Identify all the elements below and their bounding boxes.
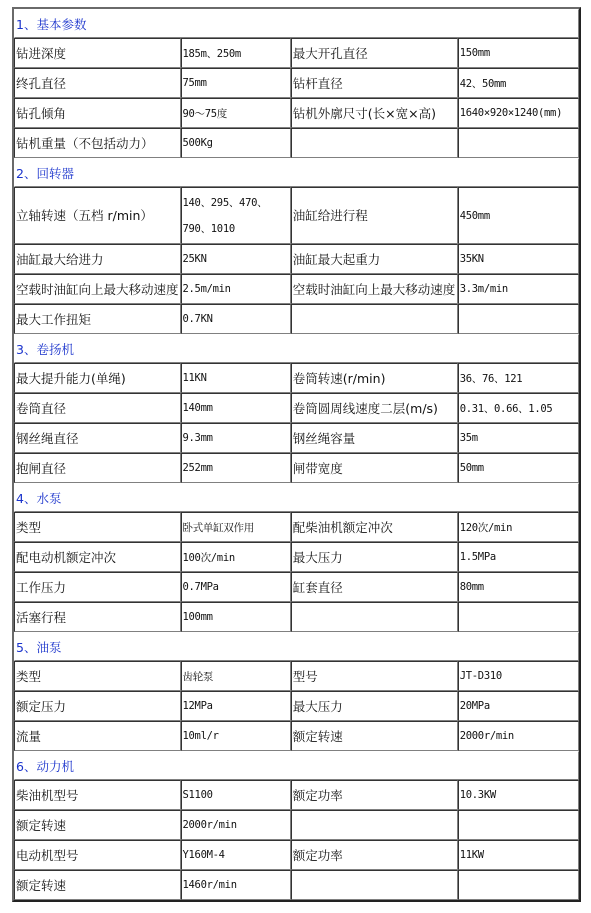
param-label: 终孔直径 [14,68,181,98]
table-row: 空载时油缸向上最大移动速度2.5m/min空载时油缸向上最大移动速度3.3m/m… [14,274,579,304]
param-value: 35m [458,423,579,453]
param-value: 75mm [181,68,291,98]
param-label: 最大开孔直径 [291,38,458,68]
param-value: 25KN [181,244,291,274]
param-value: 252mm [181,453,291,483]
param-label: 油缸最大给进力 [14,244,181,274]
table-row: 钻进深度185m、250m最大开孔直径150mm [14,38,579,68]
param-value [458,810,579,840]
param-value: 3.3m/min [458,274,579,304]
spec-table: 1、基本参数钻进深度185m、250m最大开孔直径150mm终孔直径75mm钻杆… [12,7,581,902]
param-value: S1100 [181,780,291,810]
param-value: 11KW [458,840,579,870]
param-label: 配柴油机额定冲次 [291,512,458,542]
param-value: 42、50mm [458,68,579,98]
param-label: 配电动机额定冲次 [14,542,181,572]
param-value: 1640×920×1240(mm) [458,98,579,128]
table-row: 油缸最大给进力25KN油缸最大起重力35KN [14,244,579,274]
param-value: 20MPa [458,691,579,721]
param-value: 36、76、121 [458,363,579,393]
param-label: 额定压力 [14,691,181,721]
param-value: 80mm [458,572,579,602]
param-value: 140、295、470、790、1010 [181,187,291,244]
param-label [291,304,458,334]
param-value: 100次/min [181,542,291,572]
table-row: 最大工作扭矩0.7KN [14,304,579,334]
param-label: 最大工作扭矩 [14,304,181,334]
param-value: 450mm [458,187,579,244]
param-value: Y160M-4 [181,840,291,870]
table-row: 流量10ml/r额定转速2000r/min [14,721,579,751]
param-label: 钢丝绳容量 [291,423,458,453]
param-value: 10ml/r [181,721,291,751]
param-label: 额定转速 [291,721,458,751]
param-label: 卷筒转速(r/min) [291,363,458,393]
param-label: 闸带宽度 [291,453,458,483]
param-label: 流量 [14,721,181,751]
param-label: 空载时油缸向上最大移动速度 [291,274,458,304]
table-row: 配电动机额定冲次100次/min最大压力1.5MPa [14,542,579,572]
param-value: 9.3mm [181,423,291,453]
param-label: 抱闸直径 [14,453,181,483]
section-title: 1、基本参数 [14,9,579,38]
param-value: 35KN [458,244,579,274]
param-label: 工作压力 [14,572,181,602]
param-label [291,870,458,900]
param-value [458,870,579,900]
section-title: 5、油泵 [14,632,579,661]
section-title: 2、回转器 [14,158,579,187]
table-row: 类型齿轮泵型号JT-D310 [14,661,579,691]
section-header-row: 1、基本参数 [14,9,579,38]
param-label: 活塞行程 [14,602,181,632]
param-value: 0.31、0.66、1.05 [458,393,579,423]
section-title: 6、动力机 [14,751,579,780]
table-row: 额定转速2000r/min [14,810,579,840]
param-label: 额定转速 [14,870,181,900]
param-label: 钻孔倾角 [14,98,181,128]
param-value: 140mm [181,393,291,423]
param-value: 2.5m/min [181,274,291,304]
param-value: 10.3KW [458,780,579,810]
param-value: 0.7KN [181,304,291,334]
param-label: 油缸给进行程 [291,187,458,244]
table-row: 终孔直径75mm钻杆直径42、50mm [14,68,579,98]
param-label [291,602,458,632]
param-value: 1.5MPa [458,542,579,572]
section-title: 3、卷扬机 [14,334,579,363]
param-label: 电动机型号 [14,840,181,870]
param-label [291,810,458,840]
param-value: 2000r/min [181,810,291,840]
param-label: 缸套直径 [291,572,458,602]
param-label: 型号 [291,661,458,691]
param-value [458,304,579,334]
param-value: 12MPa [181,691,291,721]
table-row: 额定转速1460r/min [14,870,579,900]
param-label: 立轴转速（五档 r/min） [14,187,181,244]
param-value: 50mm [458,453,579,483]
table-row: 钻机重量（不包括动力）500Kg [14,128,579,158]
param-value [458,602,579,632]
table-row: 电动机型号Y160M-4额定功率11KW [14,840,579,870]
param-value: 185m、250m [181,38,291,68]
table-row: 钢丝绳直径9.3mm钢丝绳容量35m [14,423,579,453]
param-value: 150mm [458,38,579,68]
param-label: 额定功率 [291,780,458,810]
param-label: 钻机重量（不包括动力） [14,128,181,158]
section-title: 4、水泵 [14,483,579,512]
param-label: 钢丝绳直径 [14,423,181,453]
section-header-row: 5、油泵 [14,632,579,661]
param-value: 90～75度 [181,98,291,128]
param-label: 空载时油缸向上最大移动速度 [14,274,181,304]
param-label: 最大压力 [291,691,458,721]
table-row: 额定压力12MPa最大压力20MPa [14,691,579,721]
table-row: 柴油机型号S1100额定功率10.3KW [14,780,579,810]
param-value: 100mm [181,602,291,632]
param-label: 类型 [14,512,181,542]
param-value: 2000r/min [458,721,579,751]
param-label: 类型 [14,661,181,691]
param-label: 钻机外廓尺寸(长×宽×高) [291,98,458,128]
section-header-row: 3、卷扬机 [14,334,579,363]
table-row: 最大提升能力(单绳)11KN卷筒转速(r/min)36、76、121 [14,363,579,393]
param-label: 卷筒直径 [14,393,181,423]
param-value: JT-D310 [458,661,579,691]
table-row: 类型卧式单缸双作用配柴油机额定冲次120次/min [14,512,579,542]
table-row: 卷筒直径140mm卷筒圆周线速度二层(m/s)0.31、0.66、1.05 [14,393,579,423]
param-value: 齿轮泵 [181,661,291,691]
param-label: 最大提升能力(单绳) [14,363,181,393]
table-row: 钻孔倾角90～75度钻机外廓尺寸(长×宽×高)1640×920×1240(mm) [14,98,579,128]
param-label: 额定功率 [291,840,458,870]
param-label: 卷筒圆周线速度二层(m/s) [291,393,458,423]
section-header-row: 6、动力机 [14,751,579,780]
param-value: 1460r/min [181,870,291,900]
param-value [458,128,579,158]
table-row: 抱闸直径252mm闸带宽度50mm [14,453,579,483]
param-value: 11KN [181,363,291,393]
table-row: 活塞行程100mm [14,602,579,632]
table-row: 工作压力0.7MPa缸套直径80mm [14,572,579,602]
param-label [291,128,458,158]
param-value: 500Kg [181,128,291,158]
table-row: 立轴转速（五档 r/min）140、295、470、790、1010油缸给进行程… [14,187,579,244]
param-label: 额定转速 [14,810,181,840]
section-header-row: 4、水泵 [14,483,579,512]
param-value: 120次/min [458,512,579,542]
param-label: 最大压力 [291,542,458,572]
section-header-row: 2、回转器 [14,158,579,187]
param-label: 油缸最大起重力 [291,244,458,274]
param-label: 钻杆直径 [291,68,458,98]
param-value: 0.7MPa [181,572,291,602]
param-label: 柴油机型号 [14,780,181,810]
param-label: 钻进深度 [14,38,181,68]
param-value: 卧式单缸双作用 [181,512,291,542]
